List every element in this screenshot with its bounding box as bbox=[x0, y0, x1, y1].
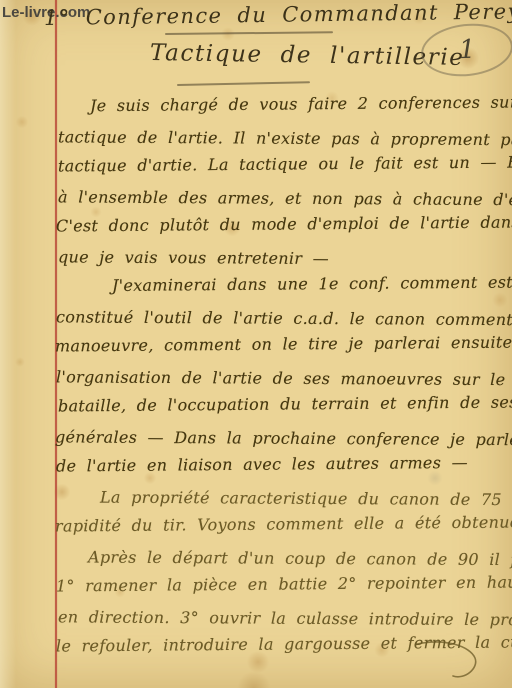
manuscript-line: le refouler, introduire la gargousse et … bbox=[0, 627, 512, 662]
page-title: Tactique de l'artillerie bbox=[150, 40, 465, 71]
page-number-circle: 1 bbox=[419, 19, 512, 80]
manuscript-line: tactique d'artie. La tactique ou le fait… bbox=[0, 147, 512, 182]
manuscript-line: bataille, de l'occupation du terrain et … bbox=[0, 387, 512, 422]
page-number: 1 bbox=[458, 35, 476, 66]
manuscript-line: de l'artie en liaison avec les autres ar… bbox=[0, 447, 512, 482]
manuscript-line: C'est donc plutôt du mode d'emploi de l'… bbox=[0, 207, 512, 242]
ink-underline-title bbox=[177, 81, 310, 86]
ink-underline-header bbox=[165, 31, 333, 35]
manuscript-page: Le-livre.com 1° Conference du Commandant… bbox=[0, 0, 512, 688]
manuscript-line: J'examinerai dans une 1e conf. comment e… bbox=[0, 267, 512, 302]
manuscript-body: Je suis chargé de vous faire 2 conferenc… bbox=[0, 92, 512, 662]
manuscript-line: 1° ramener la pièce en battie 2° repoint… bbox=[0, 567, 512, 602]
manuscript-header: 1° Conference du Commandant Pereygue bbox=[44, 0, 512, 30]
manuscript-line: Je suis chargé de vous faire 2 conferenc… bbox=[0, 87, 512, 122]
manuscript-line: manoeuvre, comment on le tire je parlera… bbox=[0, 327, 512, 362]
manuscript-line: rapidité du tir. Voyons comment elle a é… bbox=[0, 507, 512, 542]
